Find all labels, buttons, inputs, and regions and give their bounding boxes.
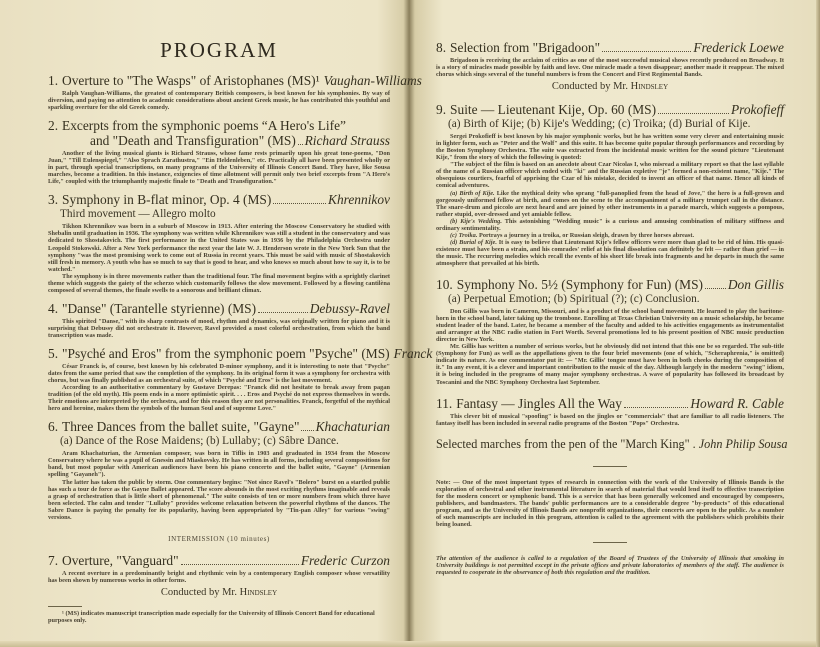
item-description: Tikhon Khrennikov was born in a suburb o… (48, 223, 390, 293)
footnote: ¹ (MS) indicates manuscript transcriptio… (48, 610, 390, 624)
description-paragraph: Mr. Gillis has written a number of serio… (436, 343, 784, 385)
program-item-5: 5. "Psyché and Eros" from the symphonic … (48, 346, 390, 412)
item-subtitle: (a) Perpetual Emotion; (b) Spiritual (?)… (436, 293, 784, 306)
item-composer: Frederick Loewe (693, 40, 784, 55)
item-heading: 11. Fantasy — Jingles All the Way Howard… (436, 396, 784, 411)
item-title: Three Dances from the ballet suite, "Gay… (62, 419, 299, 434)
item-title: Overture, "Vanguard" (62, 553, 179, 568)
item-composer: Debussy-Ravel (310, 301, 390, 316)
dot-leader (624, 407, 688, 408)
item-composer: Richard Strauss (305, 133, 390, 148)
program-item-6: 6. Three Dances from the ballet suite, "… (48, 419, 390, 520)
item-composer: Franck (394, 346, 433, 361)
item-composer: Don Gillis (728, 277, 784, 292)
program-item-2: 2. Excerpts from the symphonic poems “A … (48, 118, 390, 185)
left-page: PROGRAM 1. Overture to "The Wasps" of Ar… (48, 0, 390, 624)
description-paragraph: Ralph Vaughan-Williams, the greatest of … (48, 90, 390, 111)
item-subtitle: (a) Dance of the Rose Maidens; (b) Lulla… (48, 435, 390, 448)
item-number: 10. (436, 277, 453, 292)
program-item-10: 10. Symphony No. 5½ (Symphony for Fun) (… (436, 277, 784, 386)
item-number: 7. (48, 553, 58, 568)
item-heading-line2: and "Death and Transfiguration" (MS) Ric… (48, 133, 390, 148)
item-number: 9. (436, 102, 446, 117)
description-paragraph: César Franck is, of course, best known b… (48, 363, 390, 384)
movement-note-d: (d) Burial of Kije. It is easy to believ… (436, 239, 784, 267)
item-description: A recent overture in a predominantly bri… (48, 570, 390, 584)
item-composer: Khrennikov (328, 192, 390, 207)
item-heading: 10. Symphony No. 5½ (Symphony for Fun) (… (436, 277, 784, 292)
item-heading: 6. Three Dances from the ballet suite, "… (48, 419, 390, 434)
item-heading: 7. Overture, "Vanguard" Frederic Curzon (48, 553, 390, 568)
footnote-rule (48, 606, 82, 607)
item-subtitle: Third movement — Allegro molto (48, 208, 390, 221)
description-paragraph: Don Gillis was born in Cameron, Missouri… (436, 308, 784, 343)
item-heading: 2. Excerpts from the symphonic poems “A … (48, 118, 390, 133)
item-heading: 5. "Psyché and Eros" from the symphonic … (48, 346, 390, 361)
dot-leader (181, 564, 299, 565)
program-item-8: 8. Selection from "Brigadoon" Frederick … (436, 40, 784, 92)
item-heading: 9. Suite — Lieutenant Kije, Op. 60 (MS) … (436, 102, 784, 117)
description-paragraph: Aram Khachaturian, the Armenian composer… (48, 450, 390, 478)
item-title-line2: and "Death and Transfiguration" (MS) (90, 133, 296, 148)
program-item-11: 11. Fantasy — Jingles All the Way Howard… (436, 396, 784, 427)
item-title: "Psyché and Eros" from the symphonic poe… (62, 346, 390, 361)
sousa-composer: John Philip Sousa (699, 437, 788, 451)
item-number: 1. (48, 73, 58, 88)
smoking-notice: The attention of the audience is called … (436, 555, 784, 576)
item-description: Aram Khachaturian, the Armenian composer… (48, 450, 390, 520)
conducted-by: Conducted by Mr. Hindsley (436, 81, 784, 92)
item-heading: 4. "Danse" (Tarantelle styrienne) (MS) D… (48, 301, 390, 316)
description-paragraph: The latter has taken the public by storm… (48, 479, 390, 521)
item-composer: Frederic Curzon (301, 553, 390, 568)
movement-label: (b) Kije's Wedding. (450, 218, 502, 225)
program-item-4: 4. "Danse" (Tarantelle styrienne) (MS) D… (48, 301, 390, 339)
description-paragraph: Another of the living musical giants is … (48, 150, 390, 185)
divider-rule (593, 466, 627, 467)
right-page: 8. Selection from "Brigadoon" Frederick … (436, 40, 784, 576)
description-paragraph: Tikhon Khrennikov was born in a suburb o… (48, 223, 390, 272)
description-paragraph: This clever bit of musical "spoofing" is… (436, 413, 784, 427)
item-number: 11. (436, 396, 452, 411)
description-paragraph: This spirited "Danse," with its sharp co… (48, 318, 390, 339)
item-heading: 8. Selection from "Brigadoon" Frederick … (436, 40, 784, 55)
page-edge-bottom (0, 641, 820, 647)
item-composer: Prokofieff (731, 102, 784, 117)
research-note: Note: — One of the most important types … (436, 479, 784, 528)
item-composer: Khachaturian (316, 419, 390, 434)
item-description: César Franck is, of course, best known b… (48, 363, 390, 412)
item-description: Ralph Vaughan-Williams, the greatest of … (48, 90, 390, 111)
item-title: Selection from "Brigadoon" (450, 40, 600, 55)
divider-rule (593, 542, 627, 543)
description-paragraph: Brigadoon is receiving the acclaim of cr… (436, 57, 784, 78)
description-quote: "The subject of the film is based on an … (436, 161, 784, 189)
program-title: PROGRAM (48, 38, 390, 63)
description-paragraph: According to an authoritative commentary… (48, 384, 390, 412)
item-title: Suite — Lieutenant Kije, Op. 60 (MS) (450, 102, 656, 117)
item-subtitle: (a) Birth of Kije; (b) Kije's Wedding; (… (436, 118, 784, 131)
movement-text: Portrays a journey in a troika, or Russi… (479, 232, 694, 239)
item-composer: Vaughan-Williams (324, 73, 422, 88)
dot-leader (273, 203, 326, 204)
conducted-prefix: Conducted by Mr. (552, 81, 628, 92)
item-description: Brigadoon is receiving the acclaim of cr… (436, 57, 784, 78)
sousa-title: Selected marches from the pen of the "Ma… (436, 437, 696, 451)
movement-note-b: (b) Kije's Wedding. This astonishing "We… (436, 218, 784, 232)
item-description: Sergei Prokofieff is best known by his m… (436, 133, 784, 267)
item-number: 8. (436, 40, 446, 55)
intermission-label: INTERMISSION (10 minutes) (48, 535, 390, 543)
page-edge-right (816, 0, 820, 647)
program-item-3: 3. Symphony in B-flat minor, Op. 4 (MS) … (48, 192, 390, 293)
sousa-marches: Selected marches from the pen of the "Ma… (436, 437, 784, 452)
item-number: 2. (48, 118, 58, 133)
item-number: 3. (48, 192, 58, 207)
item-description: This clever bit of musical "spoofing" is… (436, 413, 784, 427)
dot-leader (602, 51, 691, 52)
item-heading: 3. Symphony in B-flat minor, Op. 4 (MS) … (48, 192, 390, 207)
description-paragraph: Sergei Prokofieff is best known by his m… (436, 133, 784, 161)
description-paragraph: The symphony is in three movements rathe… (48, 273, 390, 294)
description-paragraph: A recent overture in a predominantly bri… (48, 570, 390, 584)
item-number: 5. (48, 346, 58, 361)
movement-note-a: (a) Birth of Kije. Like the mythical dei… (436, 190, 784, 218)
movement-label: (a) Birth of Kije. (450, 190, 495, 197)
item-description: Another of the living musical giants is … (48, 150, 390, 185)
program-item-1: 1. Overture to "The Wasps" of Aristophan… (48, 73, 390, 111)
movement-note-c: (c) Troika. Portrays a journey in a troi… (436, 232, 784, 239)
conducted-prefix: Conducted by Mr. (161, 587, 237, 598)
item-number: 6. (48, 419, 58, 434)
item-composer: Howard R. Cable (690, 396, 784, 411)
dot-leader (258, 312, 308, 313)
dot-leader (705, 288, 726, 289)
item-title: Excerpts from the symphonic poems “A Her… (62, 118, 346, 133)
conductor-name: Hindsley (631, 81, 669, 92)
conducted-by: Conducted by Mr. Hindsley (48, 587, 390, 598)
item-description: Don Gillis was born in Cameron, Missouri… (436, 308, 784, 386)
item-title: Overture to "The Wasps" of Aristophanes … (62, 73, 320, 88)
item-number: 4. (48, 301, 58, 316)
conductor-name: Hindsley (240, 587, 278, 598)
dot-leader (658, 113, 729, 114)
item-heading: 1. Overture to "The Wasps" of Aristophan… (48, 73, 390, 88)
item-title: Fantasy — Jingles All the Way (456, 396, 622, 411)
item-title: Symphony No. 5½ (Symphony for Fun) (MS) (457, 277, 703, 292)
program-item-7: 7. Overture, "Vanguard" Frederic Curzon … (48, 553, 390, 598)
item-title: Symphony in B-flat minor, Op. 4 (MS) (62, 192, 271, 207)
movement-label: (c) Troika. (450, 232, 477, 239)
dot-leader (298, 144, 303, 145)
program-item-9: 9. Suite — Lieutenant Kije, Op. 60 (MS) … (436, 102, 784, 267)
movement-label: (d) Burial of Kije. (450, 239, 497, 246)
dot-leader (301, 430, 313, 431)
item-title: "Danse" (Tarantelle styrienne) (MS) (62, 301, 256, 316)
item-description: This spirited "Danse," with its sharp co… (48, 318, 390, 339)
